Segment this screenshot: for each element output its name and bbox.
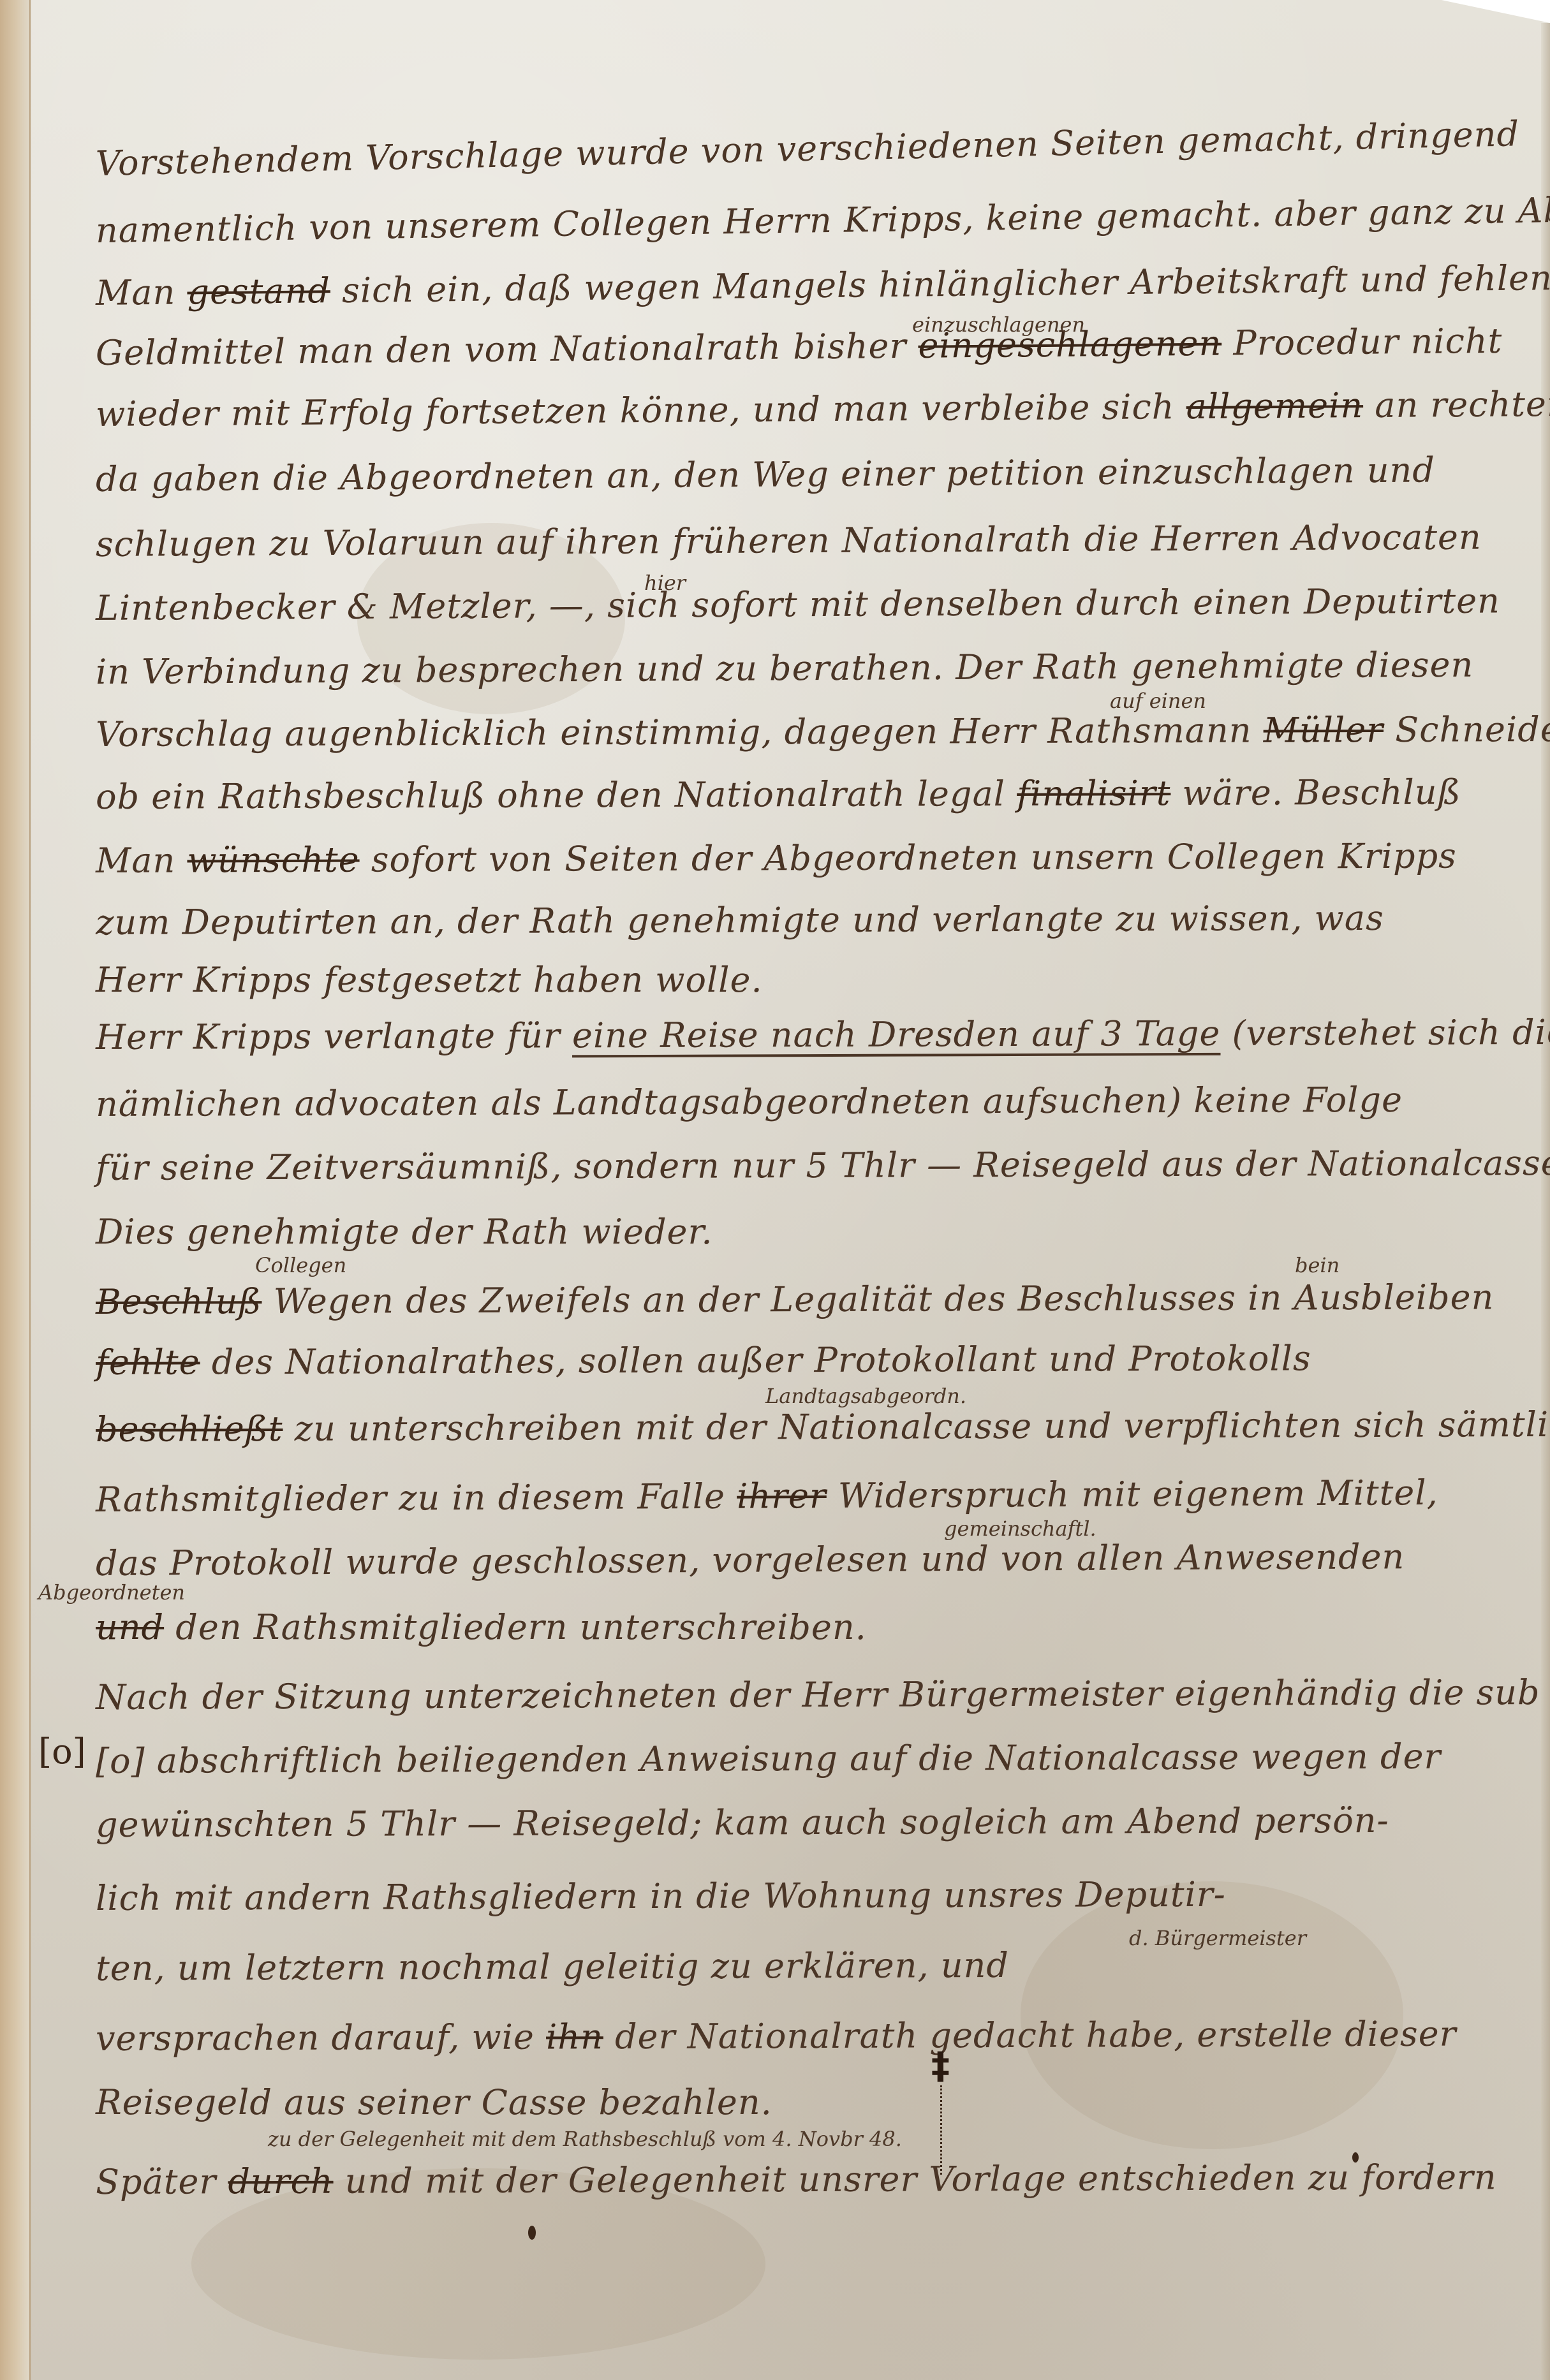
manuscript-line: für seine Zeitversäumniß, sondern nur 5 …	[96, 1143, 1550, 1188]
manuscript-line: gewünschten 5 Thlr — Reisegeld; kam auch…	[96, 1800, 1389, 1845]
insertion-mark-icon: ‡	[931, 2044, 950, 2087]
manuscript-line: Vorschlag augenblicklich einstimmig, dag…	[96, 709, 1550, 754]
interlinear-insertion: bein	[1295, 1253, 1340, 1277]
manuscript-line: Beschluß Wegen des Zweifels an der Legal…	[96, 1277, 1495, 1322]
struck-word: durch	[228, 2161, 333, 2202]
insertion-guide-line	[940, 2085, 942, 2175]
interlinear-insertion: hier	[644, 571, 686, 595]
manuscript-line: wieder mit Erfolg fortsetzen könne, und …	[96, 384, 1550, 434]
manuscript-line: Man gestand sich ein, daß wegen Mangels …	[96, 257, 1550, 313]
manuscript-line: Herr Kripps festgesetzt haben wolle.	[96, 960, 763, 1000]
manuscript-line: nämlichen advocaten als Landtagsabgeordn…	[96, 1080, 1403, 1124]
manuscript-line: Lintenbecker & Metzler, —, sich sofort m…	[96, 580, 1500, 628]
manuscript-line: Dies genehmigte der Rath wieder.	[96, 1212, 713, 1252]
manuscript-line: ob ein Rathsbeschluß ohne den Nationalra…	[96, 772, 1461, 817]
struck-word: wünschte	[187, 840, 359, 881]
interlinear-insertion: gemeinschaftl.	[944, 1517, 1096, 1541]
page-right-edge	[1541, 23, 1550, 2380]
manuscript-line: namentlich von unserem Collegen Herrn Kr…	[96, 189, 1550, 251]
manuscript-line: Später durch und mit der Gelegenheit uns…	[96, 2157, 1497, 2202]
manuscript-line: [o] abschriftlich beiliegenden Anweisung…	[96, 1737, 1442, 1781]
manuscript-line: beschließt zu unterschreiben mit der Nat…	[96, 1404, 1550, 1450]
interlinear-insertion: auf einen	[1110, 689, 1206, 713]
struck-word: fehlte	[96, 1342, 200, 1383]
binding-edge	[0, 0, 31, 2380]
manuscript-line: schlugen zu Volaruun auf ihren früheren …	[96, 517, 1482, 564]
manuscript-line: das Protokoll wurde geschlossen, vorgele…	[96, 1536, 1405, 1583]
underlined-phrase: eine Reise nach Dresden auf 3 Tage	[572, 1013, 1221, 1056]
manuscript-line: lich mit andern Rathsgliedern in die Woh…	[96, 1874, 1226, 1918]
manuscript-line: Geldmittel man den vom Nationalrath bish…	[96, 321, 1503, 373]
manuscript-line: fehlte des Nationalrathes, sollen außer …	[96, 1338, 1311, 1383]
manuscript-line: Man wünschte sofort von Seiten der Abgeo…	[96, 836, 1457, 881]
manuscript-line: Herr Kripps verlangte für eine Reise nac…	[96, 1012, 1550, 1057]
manuscript-line: in Verbindung zu besprechen und zu berat…	[96, 645, 1474, 692]
ink-blot	[528, 2226, 536, 2240]
manuscript-line: zum Deputirten an, der Rath genehmigte u…	[96, 898, 1384, 943]
struck-word: und	[96, 1607, 164, 1647]
interlinear-insertion: Landtagsabgeordn.	[765, 1384, 966, 1408]
manuscript-line: versprachen darauf, wie ihn der National…	[96, 2014, 1457, 2059]
manuscript-page: Vorstehendem Vorschlage wurde von versch…	[0, 0, 1550, 2380]
interlinear-insertion: d. Bürgermeister	[1129, 1926, 1306, 1950]
struck-word: gestand	[187, 270, 330, 312]
manuscript-line: Reisegeld aus seiner Casse bezahlen.	[96, 2082, 772, 2122]
manuscript-line: Rathsmitglieder zu in diesem Falle ihrer…	[96, 1473, 1438, 1520]
manuscript-line: Nach der Sitzung unterzeichneten der Her…	[96, 1672, 1540, 1717]
struck-word: ihrer	[737, 1476, 827, 1517]
interlinear-insertion: einzuschlagenen	[912, 312, 1085, 337]
struck-word: ihn	[546, 2016, 603, 2057]
manuscript-line: ten, um letztern nochmal geleitig zu erk…	[96, 1945, 1009, 1988]
struck-word: finalisirt	[1017, 773, 1170, 814]
interlinear-insertion: Abgeordneten	[38, 1580, 185, 1605]
manuscript-line: und den Rathsmitgliedern unterschreiben.	[96, 1607, 867, 1647]
interlinear-insertion: Collegen	[255, 1253, 346, 1277]
manuscript-line: Vorstehendem Vorschlage wurde von versch…	[95, 114, 1519, 184]
struck-word: allgemein	[1186, 385, 1363, 427]
struck-word: Müller	[1264, 710, 1384, 751]
margin-reference-mark: [o]	[38, 1731, 86, 1772]
struck-word: beschließt	[96, 1409, 283, 1450]
manuscript-line: da gaben die Abgeordneten an, den Weg ei…	[96, 450, 1435, 499]
struck-word: Beschluß	[96, 1281, 262, 1322]
interlinear-insertion: zu der Gelegenheit mit dem Rathsbeschluß…	[268, 2127, 902, 2151]
ink-blot	[1352, 2152, 1359, 2163]
